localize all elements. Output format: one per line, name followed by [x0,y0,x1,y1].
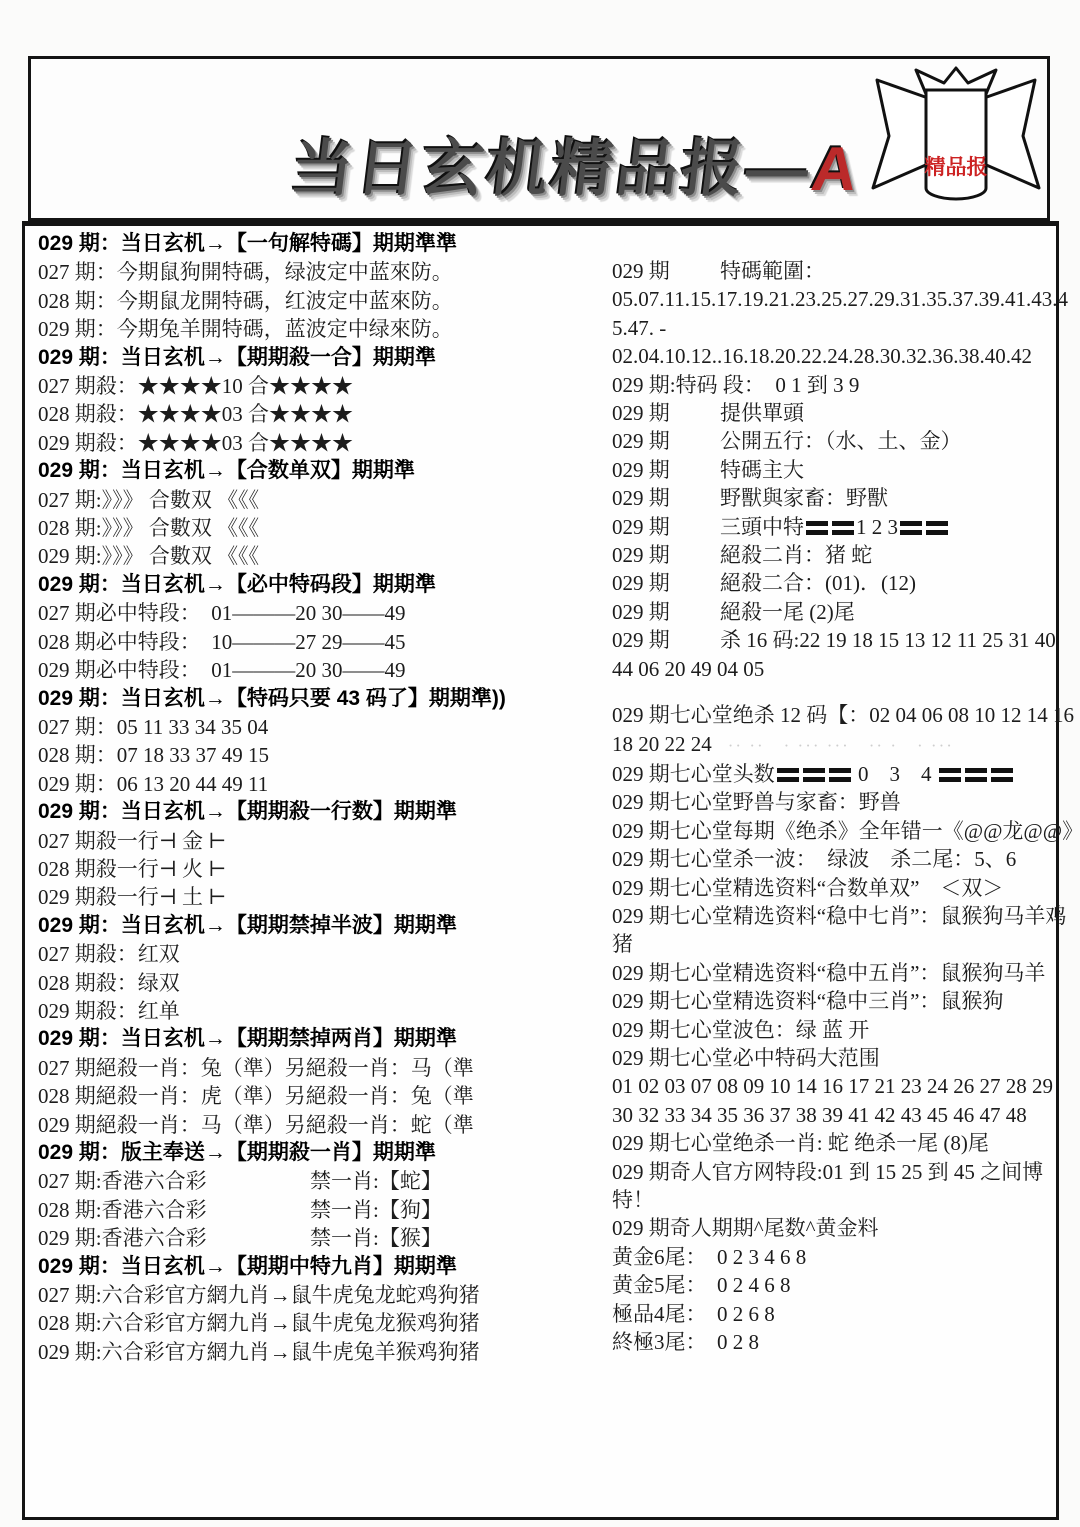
line-text: 029 期:特码 段： 0 1 到 3 9 [612,373,859,397]
report-line: 029 期奇人官方网特段:01 到 15 25 到 45 之间博 [612,1158,1054,1186]
report-line: 029 期:香港六合彩禁一肖:【猴】 [38,1224,604,1252]
report-line: 027 期:》》》 合數双 《《《 [38,486,604,514]
line-text: 029 期奇人期期^尾数^黄金料 [612,1216,878,1240]
line-text: 029 期七心堂精选资料“稳中五肖”：鼠猴狗马羊 [612,961,1045,985]
report-line: 028 期:六合彩官方網九肖→鼠牛虎兔龙猴鸡狗猪 [38,1309,604,1337]
line-text: 極品4尾： 0 2 6 8 [612,1302,775,1326]
line-text: 01 02 03 07 08 09 10 14 16 17 21 23 24 2… [612,1074,1053,1098]
report-line: 029 期殺：★★★★03 合★★★★ [38,429,604,457]
report-line: 029 期殺一行⊣ 土 ⊢ [38,883,604,911]
report-line: 027 期必中特段： 01———20 30——49 [38,599,604,627]
line-text: 029 期殺一行⊣ 土 ⊢ [38,885,226,909]
line-text: 029 期七心堂精选资料“稳中七肖”：鼠猴狗马羊鸡 [612,904,1066,928]
line-text: 029 期七心堂绝杀一肖: 蛇 绝杀一尾 (8)尾 [612,1131,989,1155]
faded-remnant-text: ·· ·· · ··· ··· ·· · · ··· [728,736,954,755]
line-text: 黄金5尾： 0 2 4 6 8 [612,1273,791,1297]
issue-label: 029 期 [612,399,720,427]
line-text: 絕殺一尾 (2)尾 [720,600,855,624]
report-line: 029 期杀 16 码:22 19 18 15 13 12 11 25 31 4… [612,626,1054,654]
line-text: 029 期：当日玄机→【合数单双】期期準 [38,459,415,482]
line-text: 029 期：当日玄机→【期期殺一合】期期準 [38,346,436,369]
report-line: 029 期:特码 段： 0 1 到 3 9 [612,371,1054,399]
line-text: 027 期絕殺一肖：兔（準）另絕殺一肖：马（準 [38,1056,474,1080]
line-text: 黄金6尾： 0 2 3 4 6 8 [612,1245,806,1269]
line-text: 029 期七心堂精选资料“合数单双” ＜双＞ [612,876,1003,900]
issue-label: 029 期 [612,626,720,654]
report-line: 5.47. - [612,314,1054,342]
line-text: 027 期:六合彩官方網九肖→鼠牛虎兔龙蛇鸡狗猪 [38,1283,480,1307]
report-line: 黄金6尾： 0 2 3 4 6 8 [612,1243,1054,1271]
double-bar-icon [900,521,922,535]
line-text: 029 期：当日玄机→【期期中特九肖】期期準 [38,1255,457,1278]
report-line: 027 期殺：红双 [38,940,604,968]
report-line: 029 期：当日玄机→【期期殺一行数】期期準 [38,798,604,826]
double-bar-icon [926,521,948,535]
report-line: 029 期奇人期期^尾数^黄金料 [612,1214,1054,1242]
report-line: 029 期：当日玄机→【期期中特九肖】期期準 [38,1253,604,1281]
line-text: 18 20 22 24 [612,732,712,756]
report-line: 029 期絕殺二合：(01)．(12) [612,569,1054,597]
line-text-right: 禁一肖:【蛇】 [310,1169,442,1193]
line-text: 027 期:》》》 合數双 《《《 [38,488,259,512]
report-line: 029 期七心堂必中特码大范围 [612,1044,1054,1072]
line-text: 029 期七心堂必中特码大范围 [612,1046,880,1070]
report-line: 028 期殺：★★★★03 合★★★★ [38,400,604,428]
report-line: 終極3尾： 0 2 8 [612,1328,1054,1356]
report-line: 029 期提供單頭 [612,399,1054,427]
report-line: 猪 [612,930,1054,958]
report-line: 027 期:香港六合彩禁一肖:【蛇】 [38,1167,604,1195]
line-text: 029 期殺：红单 [38,999,180,1023]
line-text: 027 期殺：★★★★10 合★★★★ [38,374,353,398]
line-text: 029 期七心堂杀一波： 绿波 杀二尾：5、6 [612,847,1016,871]
report-line: 029 期三頭中特1 2 3 [612,513,1054,541]
report-line: 028 期:香港六合彩禁一肖:【狗】 [38,1196,604,1224]
line-text: 028 期必中特段： 10———27 29——45 [38,630,406,654]
line-text: 猪 [612,932,633,956]
report-line: 029 期野獸與家畜：野獸 [612,484,1054,512]
issue-label: 029 期 [612,257,720,285]
report-line: 029 期七心堂波色：绿 蓝 开 [612,1016,1054,1044]
report-line: 029 期特碼範圍： [612,257,1054,285]
line-text: 02.04.10.12..16.18.20.22.24.28.30.32.36.… [612,344,1032,368]
report-line: 029 期:》》》 合數双 《《《 [38,542,604,570]
report-line: 028 期必中特段： 10———27 29——45 [38,628,604,656]
line-text: 028 期：今期鼠龙開特碼，红波定中蓝來防。 [38,289,453,313]
line-text-left: 029 期:香港六合彩 [38,1224,310,1252]
badge-label: 精品报 [925,155,988,179]
line-text: 028 期殺：★★★★03 合★★★★ [38,402,353,426]
report-line: 029 期七心堂精选资料“稳中五肖”：鼠猴狗马羊 [612,959,1054,987]
line-text: 特！ [612,1188,654,1212]
line-text-left: 028 期:香港六合彩 [38,1196,310,1224]
report-line: 027 期：今期鼠狗開特碼，绿波定中蓝來防。 [38,258,604,286]
line-text: 029 期：当日玄机→【一句解特碼】期期準準 [38,232,457,255]
report-line: 029 期：版主奉送→【期期殺一肖】期期準 [38,1139,604,1167]
report-line: 029 期特碼主大 [612,456,1054,484]
report-line: 029 期七心堂每期《绝杀》全年错一《@@龙@@》 [612,817,1054,845]
line-text: 野獸與家畜：野獸 [720,486,888,510]
line-text: 5.47. - [612,316,666,340]
report-line: 05.07.11.15.17.19.21.23.25.27.29.31.35.3… [612,285,1054,313]
issue-label: 029 期 [612,513,720,541]
report-line: 029 期:六合彩官方網九肖→鼠牛虎兔羊猴鸡狗猪 [38,1338,604,1366]
report-line: 029 期絕殺一尾 (2)尾 [612,598,1054,626]
line-text: 029 期:六合彩官方網九肖→鼠牛虎兔羊猴鸡狗猪 [38,1340,480,1364]
line-text: 028 期：07 18 33 37 49 15 [38,743,269,767]
line-text: 029 期七心堂精选资料“稳中三肖”：鼠猴狗 [612,989,1003,1013]
report-line: 029 期七心堂精选资料“合数单双” ＜双＞ [612,874,1054,902]
report-line: 029 期：06 13 20 44 49 11 [38,770,604,798]
line-text: 027 期：05 11 33 34 35 04 [38,715,268,739]
issue-label: 029 期 [612,427,720,455]
report-line: 029 期：当日玄机→【期期殺一合】期期準 [38,344,604,372]
line-text: 027 期殺：红双 [38,942,180,966]
line-text: 029 期：当日玄机→【期期殺一行数】期期準 [38,800,457,823]
double-bar-icon [939,768,961,782]
line-text: 029 期：当日玄机→【期期禁掉两肖】期期準 [38,1027,457,1050]
double-bar-icon [965,768,987,782]
double-bar-icon [806,521,828,535]
report-line: 028 期：07 18 33 37 49 15 [38,741,604,769]
line-text: 028 期絕殺一肖：虎（準）另絕殺一肖：兔（準 [38,1084,474,1108]
report-line: 027 期絕殺一肖：兔（準）另絕殺一肖：马（準 [38,1054,604,1082]
report-line: 029 期必中特段： 01———20 30——49 [38,656,604,684]
report-line: 029 期：当日玄机→【必中特码段】期期準 [38,571,604,599]
line-text: 絕殺二合：(01)．(12) [720,571,916,595]
line-text: 029 期七心堂头数 0 3 4 [612,762,1015,786]
line-text: 杀 16 码:22 19 18 15 13 12 11 25 31 40 [720,628,1056,652]
line-text: 029 期七心堂波色：绿 蓝 开 [612,1018,869,1042]
scroll-badge-icon: 精品报 [865,64,1047,216]
line-text: 027 期：今期鼠狗開特碼，绿波定中蓝來防。 [38,260,453,284]
line-text: 終極3尾： 0 2 8 [612,1330,759,1354]
report-line: 特！ [612,1186,1054,1214]
line-text-right: 禁一肖:【猴】 [310,1226,442,1250]
report-line: 028 期絕殺一肖：虎（準）另絕殺一肖：兔（準 [38,1082,604,1110]
line-text: 028 期:六合彩官方網九肖→鼠牛虎兔龙猴鸡狗猪 [38,1311,480,1335]
report-line: 029 期七心堂精选资料“稳中七肖”：鼠猴狗马羊鸡 [612,902,1054,930]
line-text: 05.07.11.15.17.19.21.23.25.27.29.31.35.3… [612,287,1068,311]
report-line: 18 20 22 24·· ·· · ··· ··· ·· · · ··· [612,730,1054,760]
report-line: 029 期七心堂杀一波： 绿波 杀二尾：5、6 [612,845,1054,873]
line-text: 029 期：当日玄机→【特码只要 43 码了】期期準)) [38,687,506,710]
report-line: 027 期殺一行⊣ 金 ⊢ [38,827,604,855]
report-line: 028 期：今期鼠龙開特碼，红波定中蓝來防。 [38,287,604,315]
line-text: 30 32 33 34 35 36 37 38 39 41 42 43 45 4… [612,1103,1027,1127]
report-line: 027 期：05 11 33 34 35 04 [38,713,604,741]
line-text-left: 027 期:香港六合彩 [38,1167,310,1195]
report-line: 029 期：当日玄机→【合数单双】期期準 [38,457,604,485]
report-line: 029 期：今期兔羊開特碼，蓝波定中绿來防。 [38,315,604,343]
line-text: 029 期殺：★★★★03 合★★★★ [38,431,353,455]
report-line: 黄金5尾： 0 2 4 6 8 [612,1271,1054,1299]
double-bar-icon [829,768,851,782]
line-text: 029 期：版主奉送→【期期殺一肖】期期準 [38,1141,436,1164]
line-text: 027 期必中特段： 01———20 30——49 [38,601,406,625]
line-text: 絕殺二肖：猪 蛇 [720,543,872,567]
report-line: 029 期：当日玄机→【期期禁掉半波】期期準 [38,912,604,940]
report-line: 44 06 20 49 04 05 [612,655,1054,683]
issue-label: 029 期 [612,484,720,512]
report-line: 028 期殺一行⊣ 火 ⊢ [38,855,604,883]
line-text: 029 期：今期兔羊開特碼，蓝波定中绿來防。 [38,317,453,341]
line-text: 特碼範圍： [720,259,825,283]
line-text: 公開五行：（水、土、金） [720,429,962,453]
report-line: 029 期絕殺一肖：马（準）另絕殺一肖：蛇（準 [38,1111,604,1139]
report-line: 029 期絕殺二肖：猪 蛇 [612,541,1054,569]
line-text-right: 禁一肖:【狗】 [310,1198,442,1222]
line-text: 029 期奇人官方网特段:01 到 15 25 到 45 之间博 [612,1160,1043,1184]
report-line: 029 期：当日玄机→【期期禁掉两肖】期期準 [38,1025,604,1053]
title-suffix: A [808,134,864,205]
line-text: 029 期：当日玄机→【期期禁掉半波】期期準 [38,914,457,937]
line-text: 029 期七心堂野兽与家畜：野兽 [612,790,901,814]
line-text: 027 期殺一行⊣ 金 ⊢ [38,829,226,853]
report-line: 30 32 33 34 35 36 37 38 39 41 42 43 45 4… [612,1101,1054,1129]
report-line: 029 期七心堂头数 0 3 4 [612,760,1054,788]
report-line: 027 期:六合彩官方網九肖→鼠牛虎兔龙蛇鸡狗猪 [38,1281,604,1309]
line-text: 提供單頭 [720,401,804,425]
issue-label: 029 期 [612,456,720,484]
report-line: 029 期殺：红单 [38,997,604,1025]
line-text: 029 期必中特段： 01———20 30——49 [38,658,406,682]
report-line: 029 期：当日玄机→【一句解特碼】期期準準 [38,230,604,258]
right-column: 029 期特碼範圍：05.07.11.15.17.19.21.23.25.27.… [612,257,1054,1356]
report-page: 当日玄机精品报—A 【第 029 期】 精品报 029 期：当日玄机→【一句解特… [0,0,1080,1527]
title-text: 当日玄机精品报— [287,119,818,208]
line-text: 029 期七心堂每期《绝杀》全年错一《@@龙@@》 [612,819,1080,843]
report-line: 028 期:》》》 合數双 《《《 [38,514,604,542]
line-text: 029 期：06 13 20 44 49 11 [38,772,268,796]
report-line: 029 期七心堂精选资料“稳中三肖”：鼠猴狗 [612,987,1054,1015]
line-text: 028 期殺：绿双 [38,971,180,995]
line-text: 三頭中特1 2 3 [720,515,950,539]
double-bar-icon [832,521,854,535]
page-title: 当日玄机精品报—A [181,119,971,208]
line-text: 特碼主大 [720,458,804,482]
report-line: 極品4尾： 0 2 6 8 [612,1300,1054,1328]
left-column: 029 期：当日玄机→【一句解特碼】期期準準027 期：今期鼠狗開特碼，绿波定中… [38,230,604,1366]
report-line: 02.04.10.12..16.18.20.22.24.28.30.32.36.… [612,342,1054,370]
line-text: 029 期：当日玄机→【必中特码段】期期準 [38,573,436,596]
report-line: 029 期七心堂绝杀 12 码【：02 04 06 08 10 12 14 16 [612,701,1054,729]
report-line: 027 期殺：★★★★10 合★★★★ [38,372,604,400]
line-text: 028 期:》》》 合數双 《《《 [38,516,259,540]
report-line: 029 期：当日玄机→【特码只要 43 码了】期期準)) [38,685,604,713]
report-line: 01 02 03 07 08 09 10 14 16 17 21 23 24 2… [612,1072,1054,1100]
report-line: 029 期公開五行：（水、土、金） [612,427,1054,455]
issue-label: 029 期 [612,541,720,569]
double-bar-icon [803,768,825,782]
report-line: 029 期七心堂绝杀一肖: 蛇 绝杀一尾 (8)尾 [612,1129,1054,1157]
line-text: 44 06 20 49 04 05 [612,657,764,681]
issue-label: 029 期 [612,598,720,626]
line-text: 028 期殺一行⊣ 火 ⊢ [38,857,226,881]
double-bar-icon [777,768,799,782]
line-text: 029 期七心堂绝杀 12 码【：02 04 06 08 10 12 14 16 [612,703,1074,727]
line-text: 029 期:》》》 合數双 《《《 [38,544,259,568]
issue-label: 029 期 [612,569,720,597]
report-line: 029 期七心堂野兽与家畜：野兽 [612,788,1054,816]
double-bar-icon [991,768,1013,782]
line-text: 029 期絕殺一肖：马（準）另絕殺一肖：蛇（準 [38,1113,474,1137]
report-line: 028 期殺：绿双 [38,969,604,997]
